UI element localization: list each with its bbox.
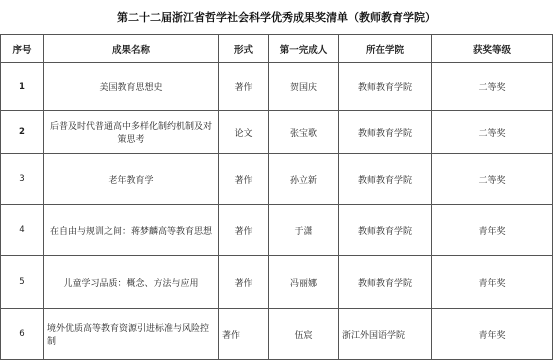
cell-college: 浙江外国语学院 [339,309,432,360]
document-title: 第二十二届浙江省哲学社会科学优秀成果奖清单（教师教育学院） [0,0,553,34]
header-author: 第一完成人 [269,35,339,63]
table-row: 5 儿童学习品质：概念、方法与应用 著作 冯丽娜 教师教育学院 青年奖 [1,256,553,309]
cell-college: 教师教育学院 [339,63,432,111]
table-row: 4 在自由与规训之间：蒋梦麟高等教育思想 著作 于潇 教师教育学院 青年奖 [1,205,553,256]
cell-author: 于潇 [269,205,339,256]
table-row: 2 后普及时代普通高中多样化制约机制及对策思考 论文 张宝歌 教师教育学院 二等… [1,111,553,154]
cell-form: 著作 [219,309,269,360]
cell-college: 教师教育学院 [339,154,432,205]
cell-name: 美国教育思想史 [44,63,219,111]
header-level: 获奖等级 [432,35,553,63]
cell-form: 著作 [219,63,269,111]
cell-author: 伍宸 [269,309,339,360]
cell-name: 在自由与规训之间：蒋梦麟高等教育思想 [44,205,219,256]
cell-author: 孙立新 [269,154,339,205]
cell-level: 二等奖 [432,111,553,154]
header-form: 形式 [219,35,269,63]
cell-name: 境外优质高等教育资源引进标准与风险控制 [44,309,219,360]
cell-no: 5 [1,256,44,309]
table-row: 6 境外优质高等教育资源引进标准与风险控制 著作 伍宸 浙江外国语学院 青年奖 [1,309,553,360]
cell-no: 6 [1,309,44,360]
cell-form: 论文 [219,111,269,154]
table-header-row: 序号 成果名称 形式 第一完成人 所在学院 获奖等级 [1,35,553,63]
cell-level: 二等奖 [432,63,553,111]
cell-form: 著作 [219,256,269,309]
table-row: 3 老年教育学 著作 孙立新 教师教育学院 二等奖 [1,154,553,205]
cell-name: 后普及时代普通高中多样化制约机制及对策思考 [44,111,219,154]
cell-name: 儿童学习品质：概念、方法与应用 [44,256,219,309]
header-college: 所在学院 [339,35,432,63]
cell-level: 二等奖 [432,154,553,205]
cell-college: 教师教育学院 [339,111,432,154]
cell-author: 张宝歌 [269,111,339,154]
header-name: 成果名称 [44,35,219,63]
cell-no: 4 [1,205,44,256]
cell-level: 青年奖 [432,256,553,309]
cell-no: 2 [1,111,44,154]
cell-form: 著作 [219,154,269,205]
cell-college: 教师教育学院 [339,256,432,309]
cell-name: 老年教育学 [44,154,219,205]
cell-no: 3 [1,154,44,205]
header-no: 序号 [1,35,44,63]
cell-level: 青年奖 [432,309,553,360]
cell-no: 1 [1,63,44,111]
cell-author: 贺国庆 [269,63,339,111]
cell-author: 冯丽娜 [269,256,339,309]
awards-table: 序号 成果名称 形式 第一完成人 所在学院 获奖等级 1 美国教育思想史 著作 … [0,34,553,360]
cell-college: 教师教育学院 [339,205,432,256]
cell-level: 青年奖 [432,205,553,256]
table-row: 1 美国教育思想史 著作 贺国庆 教师教育学院 二等奖 [1,63,553,111]
cell-form: 著作 [219,205,269,256]
